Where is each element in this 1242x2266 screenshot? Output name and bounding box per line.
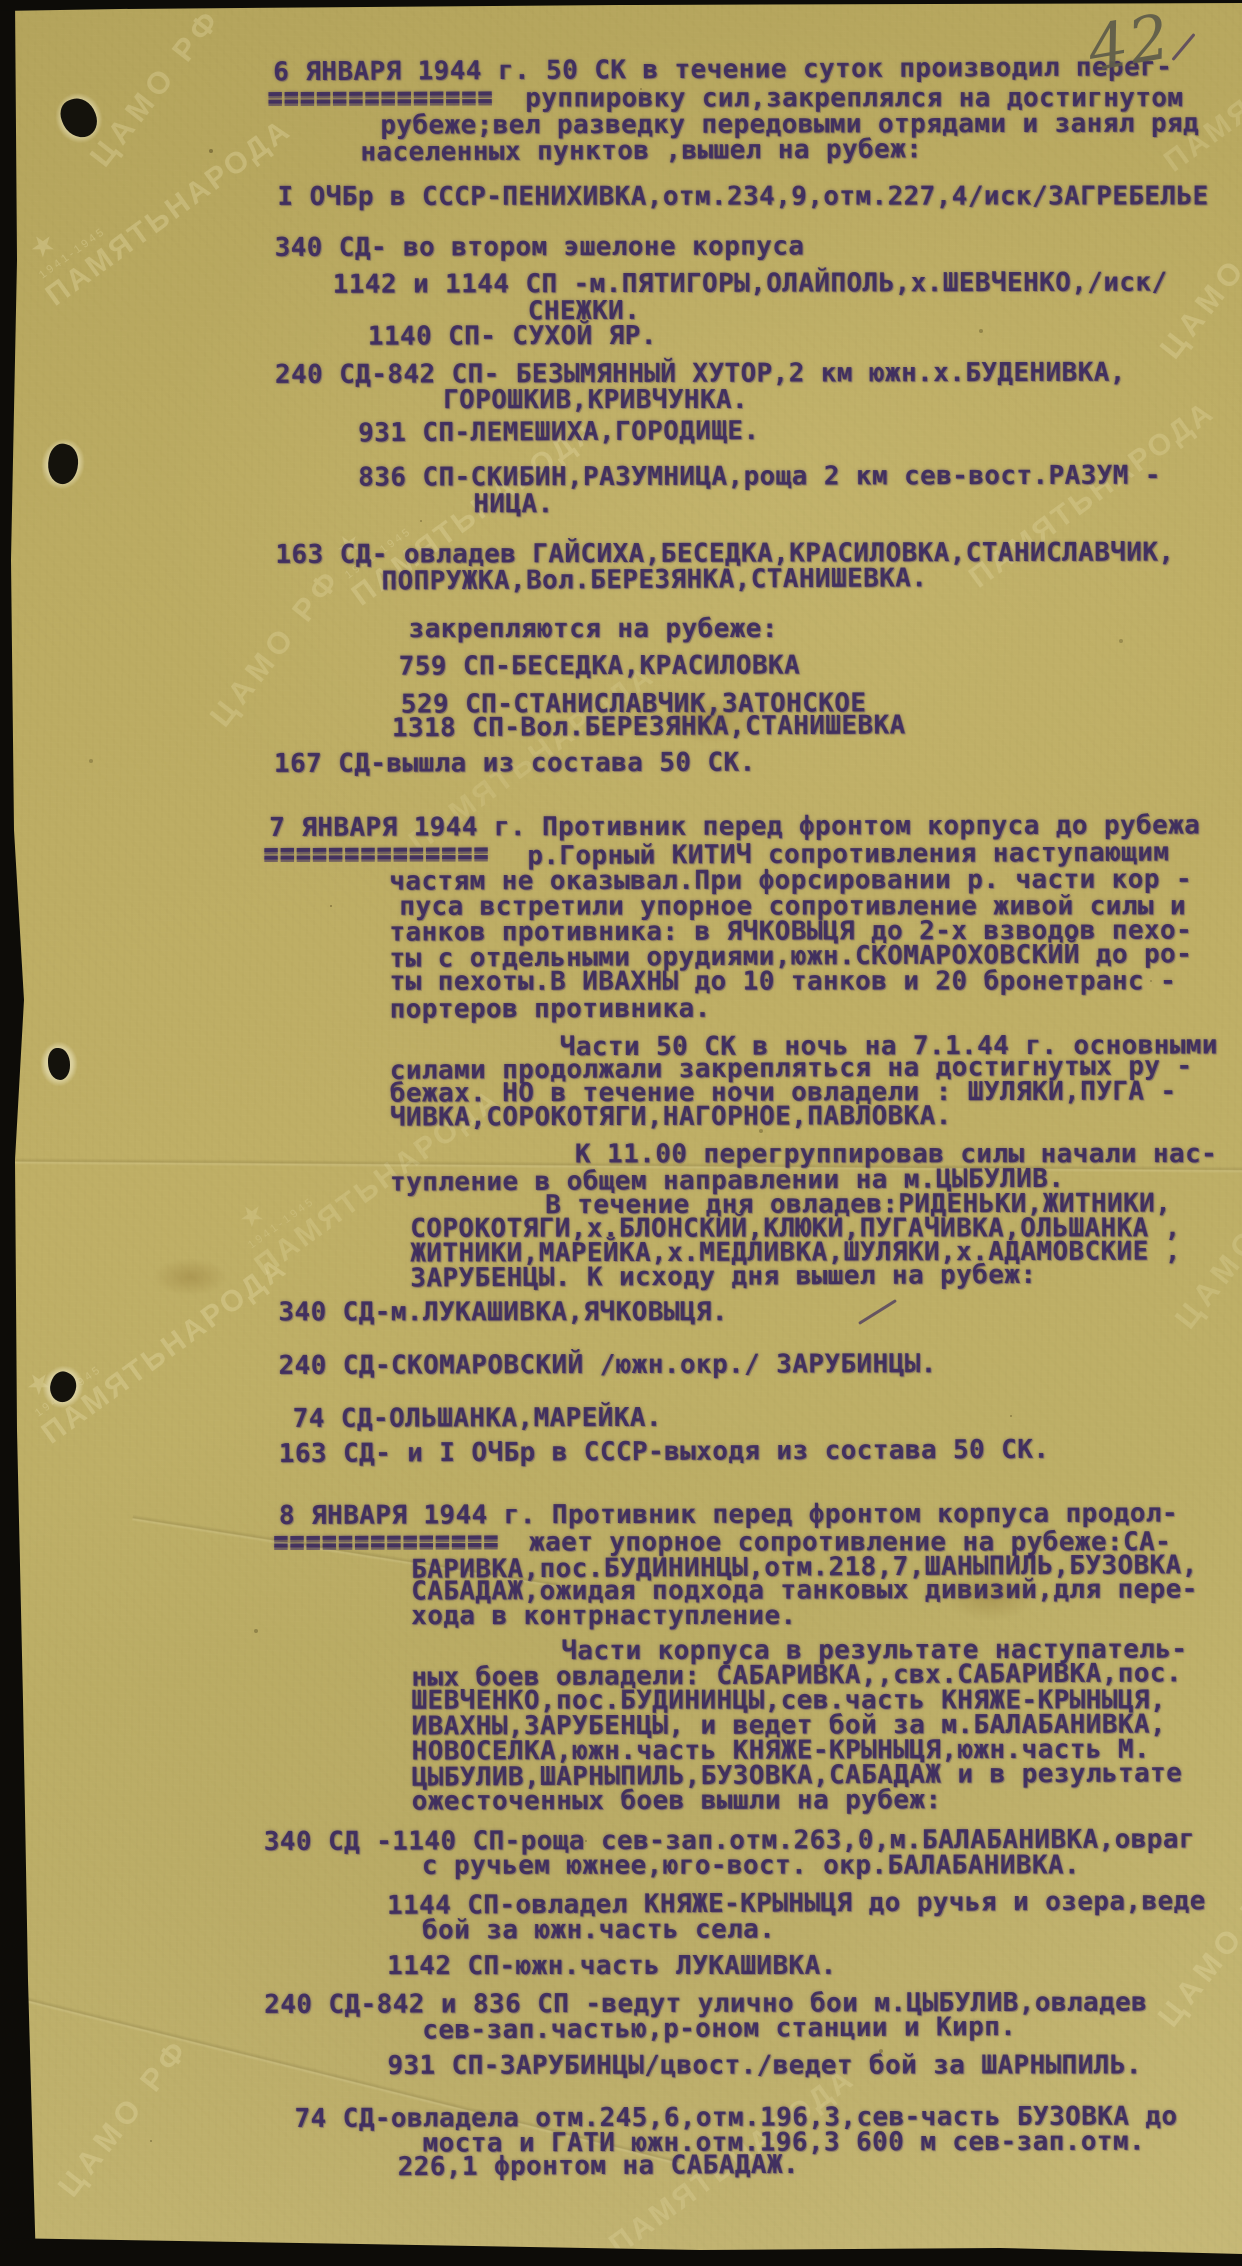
typed-line: 163 СД- и I ОЧБр в СССР-выходя из состав… [279,1435,1050,1469]
typed-line: 759 СП-БЕСЕДКА,КРАСИЛОВКА [399,651,800,682]
typed-line: хода в контрнаступление. [411,1601,796,1631]
typed-line: 226,1 фронтом на САБАДАЖ. [398,2150,800,2182]
typed-line: 240 СД-СКОМАРОВСКИЙ /южн.окр./ ЗАРУБИНЦЫ… [279,1349,937,1381]
typed-line: 167 СД-вышла из состава 50 СК. [274,748,756,779]
typed-line: ЧИВКА,СОРОКОТЯГИ,НАГОРНОЕ,ПАВЛОВКА. [390,1101,952,1132]
page-number-handwritten: 42 [1082,0,1176,86]
typed-line: 340 СД- во втором эшелоне корпуса [275,232,805,263]
typed-line: 931 СП-ЗАРУБИНЦЫ/цвост./ведет бой за ШАР… [387,2050,1142,2080]
typed-line: ГОРОШКИВ,КРИВЧУНКА. [443,385,748,415]
typed-line: бой за южн.часть села. [422,1915,775,1946]
typed-line: 340 СД-м.ЛУКАШИВКА,ЯЧКОВЫЦЯ. [278,1297,728,1327]
typed-line: 74 СД-ОЛЬШАНКА,МАРЕЙКА. [293,1403,662,1434]
typed-line: I ОЧБр в СССР-ПЕНИХИВКА,отм.234,9,отм.22… [278,181,1209,211]
typed-line: ЗАРУБЕНЦЫ. К исходу дня вышел на рубеж: [410,1260,1036,1294]
typed-line: ожесточенных боев вышли на рубеж: [412,1785,942,1816]
typed-line: сев-зап.частью,р-оном станции и Кирп. [422,2012,1016,2045]
typed-line: 1318 СП-Вол.БЕРЕЗЯНКА,СТАНИШЕВКА [392,710,906,743]
typed-line: 1142 и 1144 СП -м.ПЯТИГОРЫ,ОЛАЙПОЛЬ,х.ШЕ… [333,268,1168,300]
typed-line: портеров противника. [390,994,711,1025]
typed-line: 931 СП-ЛЕМЕШИХА,ГОРОДИЩЕ. [358,416,760,448]
typed-line: закрепляются на рубеже: [409,614,778,644]
typed-line: ты пехоты.В ИВАХНЫ до 10 танков и 20 бро… [390,966,1177,996]
typed-line: 836 СП-СКИБИН,РАЗУМНИЦА,роща 2 км сев-во… [358,461,1161,493]
typed-line: 1142 СП-южн.часть ЛУКАШИВКА. [387,1951,837,1981]
typed-line: НИЦА. [473,489,553,519]
typed-line: с ручьем южнее,юго-вост. окр.БАЛАБАНИВКА… [422,1850,1080,1880]
typed-line: ПОПРУЖКА,Вол.БЕРЕЗЯНКА,СТАНИШЕВКА. [381,563,927,596]
typed-line: 1140 СП- СУХОЙ ЯР. [368,321,657,352]
scanned-document-page: ЦАМО РФ★1941-1945ПАМЯТЬНАРОДА★1941-1945П… [0,0,1242,2266]
typed-line: населенных пунктов ,вышел на рубеж: [360,134,922,167]
typewritten-text-layer: 6 ЯНВАРЯ 1944 г. 50 СК в течение суток п… [0,0,1242,2266]
